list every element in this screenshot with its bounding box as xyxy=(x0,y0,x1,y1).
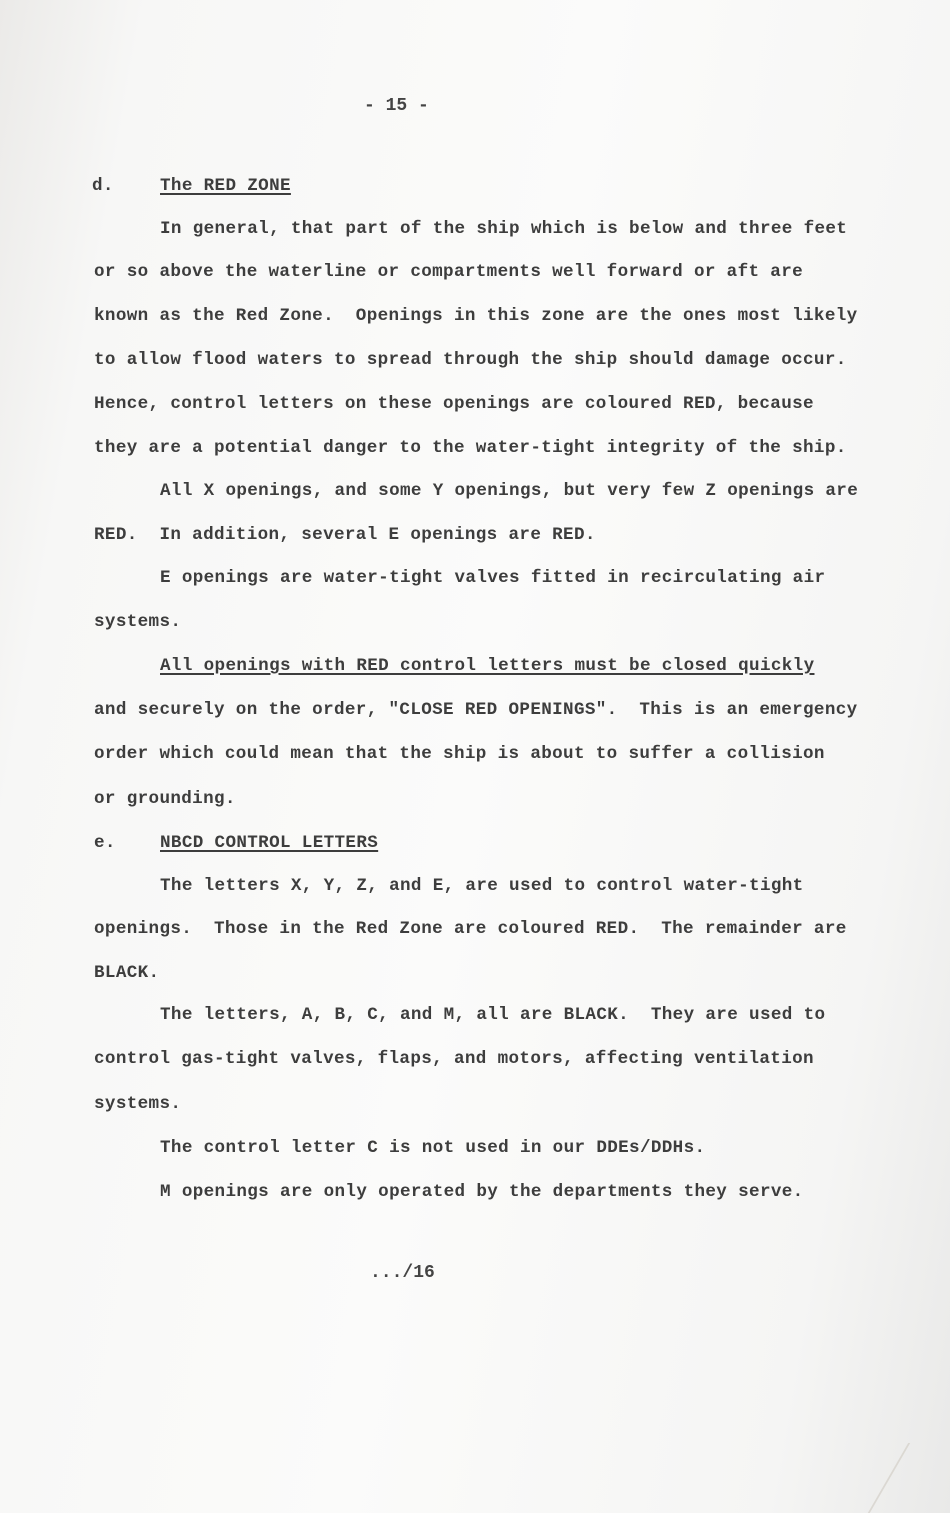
section-e-heading: NBCD CONTROL LETTERS xyxy=(160,833,378,853)
text-line: or so above the waterline or compartment… xyxy=(94,262,803,282)
text-line: or grounding. xyxy=(94,789,236,809)
document-page: - 15 - d. The RED ZONE In general, that … xyxy=(0,0,950,1513)
section-e-marker: e. xyxy=(94,833,116,853)
text-line: and securely on the order, "CLOSE RED OP… xyxy=(94,700,858,720)
continuation-marker: .../16 xyxy=(370,1263,435,1283)
text-line: to allow flood waters to spread through … xyxy=(94,350,847,370)
text-line: they are a potential danger to the water… xyxy=(94,438,847,458)
text-line: openings. Those in the Red Zone are colo… xyxy=(94,919,847,939)
text-line: M openings are only operated by the depa… xyxy=(160,1182,804,1202)
text-line: The letters, A, B, C, and M, all are BLA… xyxy=(160,1005,825,1025)
text-line: order which could mean that the ship is … xyxy=(94,744,825,764)
emphasis-line: All openings with RED control letters mu… xyxy=(160,656,814,676)
text-line: systems. xyxy=(94,1094,181,1114)
page-number: - 15 - xyxy=(364,96,429,116)
text-line: systems. xyxy=(94,612,181,632)
text-line: known as the Red Zone. Openings in this … xyxy=(94,306,858,326)
text-line: RED. In addition, several E openings are… xyxy=(94,525,596,545)
text-line: control gas-tight valves, flaps, and mot… xyxy=(94,1049,814,1069)
text-line: BLACK. xyxy=(94,963,159,983)
text-line: In general, that part of the ship which … xyxy=(160,219,847,239)
section-d-heading: The RED ZONE xyxy=(160,176,291,196)
section-d-marker: d. xyxy=(92,176,114,196)
text-line: The letters X, Y, Z, and E, are used to … xyxy=(160,876,804,896)
text-line: All X openings, and some Y openings, but… xyxy=(160,481,858,501)
text-line: Hence, control letters on these openings… xyxy=(94,394,814,414)
text-line: E openings are water-tight valves fitted… xyxy=(160,568,825,588)
text-line: The control letter C is not used in our … xyxy=(160,1138,705,1158)
page-corner-fold xyxy=(868,1443,950,1513)
